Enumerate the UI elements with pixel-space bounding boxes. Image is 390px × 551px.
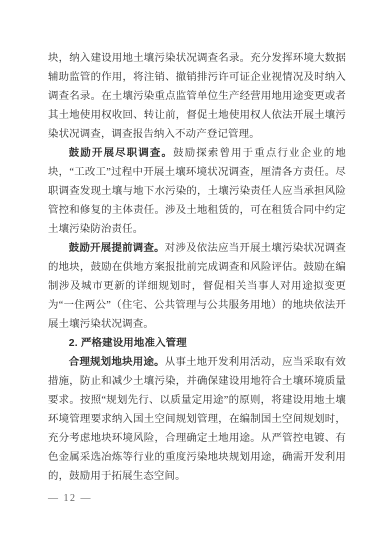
paragraph-land-use-planning: 合理规划地块用途。从事土地开发利用活动，应当采取有效措施，防止和减少土壤污染，并… (48, 353, 346, 486)
paragraph-lead: 鼓励开展提前调查。 (69, 243, 165, 254)
paragraph-text: 鼓励探索曾用于重点行业企业的地块，“工改工”过程中开展土壤环境状况调查，厘清各方… (48, 148, 346, 235)
paragraph-continuation: 块，纳入建设用地土壤污染状况调查名录。充分发挥环境大数据辅助监管的作用，将注销、… (48, 49, 346, 144)
paragraph-lead: 合理规划地块用途。 (69, 357, 165, 368)
paragraph-text: 对涉及依法应当开展土壤污染状况调查的地块，鼓励在供地方案报批前完成调查和风险评估… (48, 243, 346, 330)
section-heading: 2. 严格建设用地准入管理 (48, 334, 346, 353)
document-page: 块，纳入建设用地土壤污染状况调查名录。充分发挥环境大数据辅助监管的作用，将注销、… (0, 0, 390, 551)
paragraph-due-diligence-survey: 鼓励开展尽职调查。鼓励探索曾用于重点行业企业的地块，“工改工”过程中开展土壤环境… (48, 144, 346, 239)
paragraph-advance-survey: 鼓励开展提前调查。对涉及依法应当开展土壤污染状况调查的地块，鼓励在供地方案报批前… (48, 239, 346, 334)
page-body-text: 块，纳入建设用地土壤污染状况调查名录。充分发挥环境大数据辅助监管的作用，将注销、… (48, 49, 346, 486)
paragraph-text: 从事土地开发利用活动，应当采取有效措施，防止和减少土壤污染，并确保建设用地符合土… (48, 357, 346, 482)
paragraph-lead: 鼓励开展尽职调查。 (69, 148, 173, 159)
page-number: — 12 — (48, 493, 92, 504)
paragraph-text: 块，纳入建设用地土壤污染状况调查名录。充分发挥环境大数据辅助监管的作用，将注销、… (48, 53, 346, 140)
